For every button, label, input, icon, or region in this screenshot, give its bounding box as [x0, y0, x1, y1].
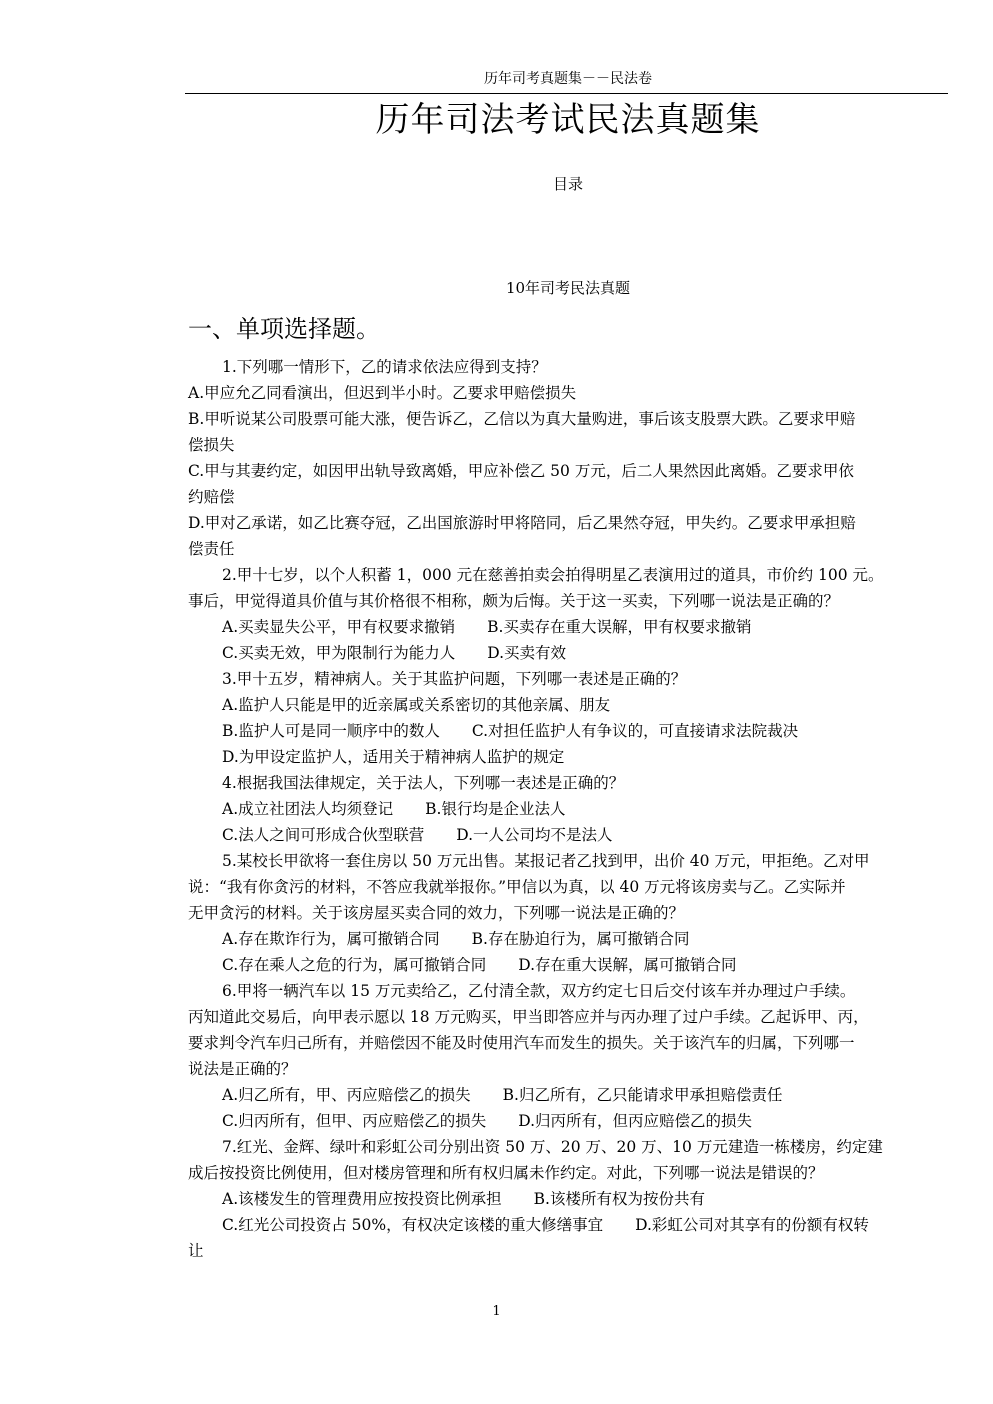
- question-1-option-b-cont: 偿损失: [188, 432, 948, 458]
- question-3-option-d: D.为甲设定监护人，适用关于精神病人监护的规定: [188, 744, 948, 770]
- question-7-stem-cont: 成后按投资比例使用，但对楼房管理和所有权归属未作约定。对此，下列哪一说法是错误的…: [188, 1160, 948, 1186]
- question-2-option-d: D.买卖有效: [487, 644, 566, 662]
- question-2-stem: 2.甲十七岁，以个人积蓄 1，000 元在慈善拍卖会拍得明星乙表演用过的道具，市…: [188, 562, 948, 588]
- question-7-option-b: B.该楼所有权为按份共有: [534, 1190, 705, 1208]
- section-heading: 一、单项选择题。: [188, 312, 380, 346]
- question-4-option-a: A.成立社团法人均须登记: [222, 800, 393, 818]
- question-6-option-d: D.归丙所有，但丙应赔偿乙的损失: [518, 1112, 752, 1130]
- question-6-options-row-1: A.归乙所有，甲、丙应赔偿乙的损失B.归乙所有，乙只能请求甲承担赔偿责任: [188, 1082, 948, 1108]
- toc-label: 目录: [188, 174, 948, 194]
- question-5-options-row-2: C.存在乘人之危的行为，属可撤销合同D.存在重大误解，属可撤销合同: [188, 952, 948, 978]
- question-5-stem-cont-2: 无甲贪污的材料。关于该房屋买卖合同的效力，下列哪一说法是正确的？: [188, 900, 948, 926]
- question-5-stem-cont-1: 说：“我有你贪污的材料，不答应我就举报你。”甲信以为真，以 40 万元将该房卖与…: [188, 874, 948, 900]
- question-2-options-row-2: C.买卖无效，甲为限制行为能力人D.买卖有效: [188, 640, 948, 666]
- question-2-option-a: A.买卖显失公平，甲有权要求撤销: [222, 618, 455, 636]
- question-4-options-row-1: A.成立社团法人均须登记B.银行均是企业法人: [188, 796, 948, 822]
- question-1-option-a: A.甲应允乙同看演出，但迟到半小时。乙要求甲赔偿损失: [188, 380, 948, 406]
- question-3-stem: 3.甲十五岁，精神病人。关于其监护问题，下列哪一表述是正确的？: [188, 666, 948, 692]
- question-1-stem: 1.下列哪一情形下，乙的请求依法应得到支持？: [188, 354, 948, 380]
- question-body: 1.下列哪一情形下，乙的请求依法应得到支持？ A.甲应允乙同看演出，但迟到半小时…: [188, 354, 948, 1264]
- question-6-options-row-2: C.归丙所有，但甲、丙应赔偿乙的损失D.归丙所有，但丙应赔偿乙的损失: [188, 1108, 948, 1134]
- question-7-option-d: D.彩虹公司对其享有的份额有权转: [635, 1216, 869, 1234]
- question-4-option-c: C.法人之间可形成合伙型联营: [222, 826, 424, 844]
- question-7-option-a: A.该楼发生的管理费用应按投资比例承担: [222, 1190, 502, 1208]
- question-7-options-row-1: A.该楼发生的管理费用应按投资比例承担B.该楼所有权为按份共有: [188, 1186, 948, 1212]
- question-7-option-c: C.红光公司投资占 50%，有权决定该楼的重大修缮事宜: [222, 1216, 603, 1234]
- question-3-option-a: A.监护人只能是甲的近亲属或关系密切的其他亲属、朋友: [188, 692, 948, 718]
- document-page: 历年司考真题集－－民法卷 历年司法考试民法真题集 目录 10年司考民法真题 一、…: [0, 0, 993, 1404]
- question-1-option-c-cont: 约赔偿: [188, 484, 948, 510]
- question-1-option-d-cont: 偿责任: [188, 536, 948, 562]
- question-4-options-row-2: C.法人之间可形成合伙型联营D.一人公司均不是法人: [188, 822, 948, 848]
- question-7-stem: 7.红光、金辉、绿叶和彩虹公司分别出资 50 万、20 万、20 万、10 万元…: [188, 1134, 948, 1160]
- question-2-option-b: B.买卖存在重大误解，甲有权要求撤销: [487, 618, 751, 636]
- question-5-option-a: A.存在欺诈行为，属可撤销合同: [222, 930, 440, 948]
- question-3-options-row: B.监护人可是同一顺序中的数人C.对担任监护人有争议的，可直接请求法院裁决: [188, 718, 948, 744]
- question-6-stem-cont-3: 说法是正确的？: [188, 1056, 948, 1082]
- question-3-option-b: B.监护人可是同一顺序中的数人: [222, 722, 440, 740]
- question-7-options-row-2: C.红光公司投资占 50%，有权决定该楼的重大修缮事宜D.彩虹公司对其享有的份额…: [188, 1212, 948, 1238]
- question-4-option-b: B.银行均是企业法人: [425, 800, 565, 818]
- question-6-option-a: A.归乙所有，甲、丙应赔偿乙的损失: [222, 1086, 471, 1104]
- page-number: 1: [0, 1304, 993, 1319]
- question-2-stem-cont: 事后，甲觉得道具价值与其价格很不相称，颇为后悔。关于这一买卖，下列哪一说法是正确…: [188, 588, 948, 614]
- question-7-option-d-cont: 让: [188, 1238, 948, 1264]
- question-6-option-c: C.归丙所有，但甲、丙应赔偿乙的损失: [222, 1112, 486, 1130]
- question-6-stem-cont-1: 丙知道此交易后，向甲表示愿以 18 万元购买，甲当即答应并与丙办理了过户手续。乙…: [188, 1004, 948, 1030]
- question-4-option-d: D.一人公司均不是法人: [456, 826, 612, 844]
- question-5-option-c: C.存在乘人之危的行为，属可撤销合同: [222, 956, 486, 974]
- question-5-options-row-1: A.存在欺诈行为，属可撤销合同B.存在胁迫行为，属可撤销合同: [188, 926, 948, 952]
- header-rule: [185, 93, 948, 94]
- document-title: 历年司法考试民法真题集: [188, 98, 948, 142]
- question-1-option-c: C.甲与其妻约定，如因甲出轨导致离婚，甲应补偿乙 50 万元，后二人果然因此离婚…: [188, 458, 948, 484]
- question-5-option-b: B.存在胁迫行为，属可撤销合同: [472, 930, 690, 948]
- question-6-stem: 6.甲将一辆汽车以 15 万元卖给乙，乙付清全款，双方约定七日后交付该车并办理过…: [188, 978, 948, 1004]
- question-6-stem-cont-2: 要求判令汽车归己所有，并赔偿因不能及时使用汽车而发生的损失。关于该汽车的归属，下…: [188, 1030, 948, 1056]
- question-1-option-d: D.甲对乙承诺，如乙比赛夺冠，乙出国旅游时甲将陪同，后乙果然夺冠，甲失约。乙要求…: [188, 510, 948, 536]
- question-4-stem: 4.根据我国法律规定，关于法人，下列哪一表述是正确的？: [188, 770, 948, 796]
- running-header: 历年司考真题集－－民法卷: [188, 70, 948, 88]
- question-2-option-c: C.买卖无效，甲为限制行为能力人: [222, 644, 455, 662]
- question-3-option-c: C.对担任监护人有争议的，可直接请求法院裁决: [472, 722, 798, 740]
- question-6-option-b: B.归乙所有，乙只能请求甲承担赔偿责任: [503, 1086, 783, 1104]
- question-5-option-d: D.存在重大误解，属可撤销合同: [518, 956, 736, 974]
- year-heading: 10年司考民法真题: [188, 278, 948, 298]
- question-2-options-row-1: A.买卖显失公平，甲有权要求撤销B.买卖存在重大误解，甲有权要求撤销: [188, 614, 948, 640]
- question-1-option-b: B.甲听说某公司股票可能大涨，便告诉乙，乙信以为真大量购进，事后该支股票大跌。乙…: [188, 406, 948, 432]
- question-5-stem: 5.某校长甲欲将一套住房以 50 万元出售。某报记者乙找到甲，出价 40 万元，…: [188, 848, 948, 874]
